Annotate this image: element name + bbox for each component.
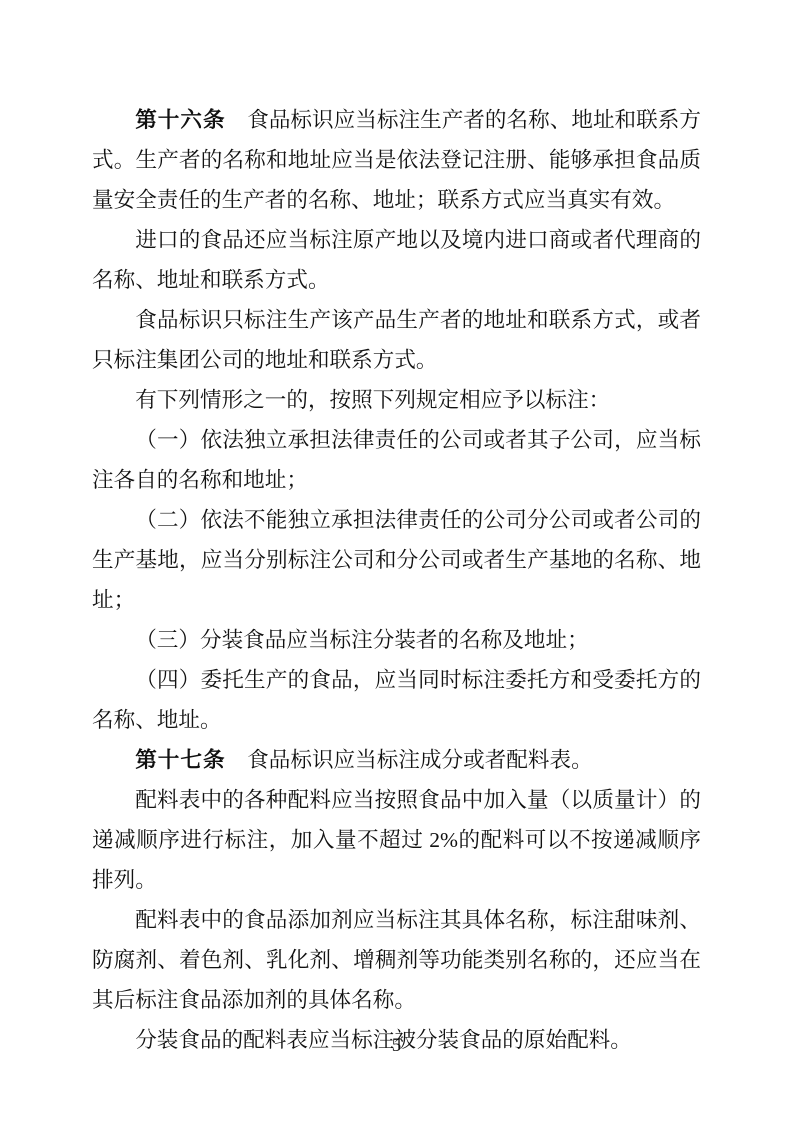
paragraph: 进口的食品还应当标注原产地以及境内进口商或者代理商的名称、地址和联系方式。 bbox=[92, 220, 701, 300]
paragraph-item-1: （一）依法独立承担法律责任的公司或者其子公司，应当标注各自的名称和地址； bbox=[92, 420, 701, 500]
paragraph-item-4: （四）委托生产的食品，应当同时标注委托方和受委托方的名称、地址。 bbox=[92, 660, 701, 740]
paragraph-article-17: 第十七条食品标识应当标注成分或者配料表。 bbox=[92, 740, 701, 780]
document-page: 第十六条食品标识应当标注生产者的名称、地址和联系方式。生产者的名称和地址应当是依… bbox=[0, 0, 793, 1122]
paragraph-text: 配料表中的各种配料应当按照食品中加入量（以质量计）的递减顺序进行标注，加入量不超… bbox=[92, 788, 701, 892]
article-17-label: 第十七条 bbox=[135, 747, 225, 772]
paragraph-item-2: （二）依法不能独立承担法律责任的公司分公司或者公司的生产基地，应当分别标注公司和… bbox=[92, 500, 701, 620]
article-16-label: 第十六条 bbox=[135, 107, 225, 132]
document-body: 第十六条食品标识应当标注生产者的名称、地址和联系方式。生产者的名称和地址应当是依… bbox=[92, 100, 701, 1060]
paragraph-text: 配料表中的食品添加剂应当标注其具体名称，标注甜味剂、防腐剂、着色剂、乳化剂、增稠… bbox=[92, 908, 701, 1012]
paragraph: 食品标识只标注生产该产品生产者的地址和联系方式，或者只标注集团公司的地址和联系方… bbox=[92, 300, 701, 380]
paragraph: 有下列情形之一的，按照下列规定相应予以标注： bbox=[92, 380, 701, 420]
paragraph-item-3: （三）分装食品应当标注分装者的名称及地址； bbox=[92, 620, 701, 660]
paragraph-text: （四）委托生产的食品，应当同时标注委托方和受委托方的名称、地址。 bbox=[92, 668, 701, 732]
page-number: 5 bbox=[0, 1034, 793, 1058]
paragraph-text: 食品标识应当标注成分或者配料表。 bbox=[247, 748, 593, 772]
paragraph: 配料表中的食品添加剂应当标注其具体名称，标注甜味剂、防腐剂、着色剂、乳化剂、增稠… bbox=[92, 900, 701, 1020]
paragraph-text: 有下列情形之一的，按照下列规定相应予以标注： bbox=[135, 388, 610, 412]
paragraph-text: （三）分装食品应当标注分装者的名称及地址； bbox=[135, 628, 588, 652]
paragraph-article-16: 第十六条食品标识应当标注生产者的名称、地址和联系方式。生产者的名称和地址应当是依… bbox=[92, 100, 701, 220]
paragraph-text: 进口的食品还应当标注原产地以及境内进口商或者代理商的名称、地址和联系方式。 bbox=[92, 228, 701, 292]
paragraph: 配料表中的各种配料应当按照食品中加入量（以质量计）的递减顺序进行标注，加入量不超… bbox=[92, 780, 701, 900]
paragraph-text: （一）依法独立承担法律责任的公司或者其子公司，应当标注各自的名称和地址； bbox=[92, 428, 701, 492]
paragraph-text: 食品标识只标注生产该产品生产者的地址和联系方式，或者只标注集团公司的地址和联系方… bbox=[92, 308, 701, 372]
paragraph-text: （二）依法不能独立承担法律责任的公司分公司或者公司的生产基地，应当分别标注公司和… bbox=[92, 508, 701, 612]
